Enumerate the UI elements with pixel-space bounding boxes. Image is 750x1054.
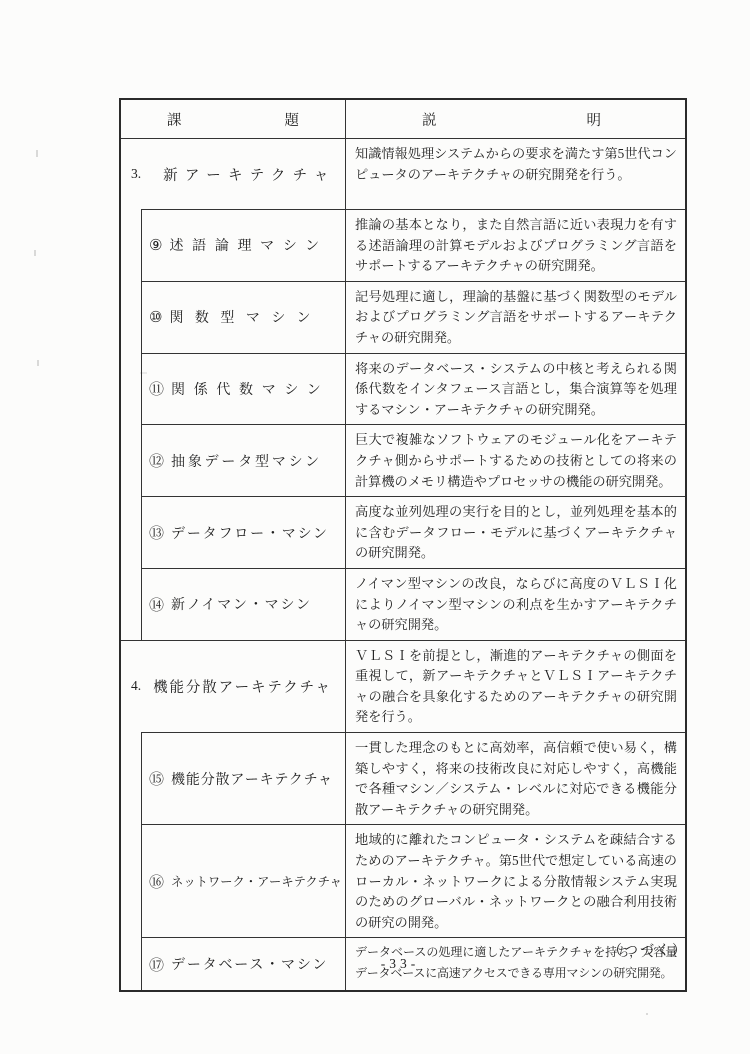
item-label: 新ノイマン・マシン <box>171 594 312 614</box>
scan-speck <box>34 250 36 256</box>
item-number: ⑯ <box>149 871 164 892</box>
item-number: ⑫ <box>149 450 164 471</box>
row-gutter <box>121 353 141 425</box>
item-label: ネットワーク・アーキテクチャ <box>171 872 342 890</box>
topics-table: 課 題 説 明 3. 新アーキテクチャ 知識情報処理システムからの要求を満たす第… <box>119 98 687 992</box>
item-description: 高度な並列処理の実行を目的とし，並列処理を基本的に含むデータフロー・モデルに基づ… <box>345 496 685 568</box>
section-label-3: 3. 新アーキテクチャ <box>121 139 345 209</box>
scan-speck <box>37 360 39 366</box>
header-subject: 課 題 <box>121 100 345 138</box>
row-gutter <box>121 209 141 281</box>
row-gutter <box>121 496 141 568</box>
row-gutter <box>121 424 141 496</box>
item-description: ノイマン型マシンの改良，ならびに高度のＶＬＳＩ化によりノイマン型マシンの利点を生… <box>345 568 685 640</box>
item-label-cell: ⑯ ネットワーク・アーキテクチャ <box>141 824 345 937</box>
header-subject-char-left: 課 <box>167 109 182 130</box>
item-description: 一貫した理念のもとに高効率，高信頼で使い易く，構築しやすく，将来の技術改良に対応… <box>345 732 685 824</box>
item-label: 抽象データ型マシン <box>171 451 322 471</box>
item-label-cell: ⑩ 関数型マシン <box>141 281 345 353</box>
row-gutter <box>121 568 141 640</box>
header-desc-char-left: 説 <box>422 109 437 130</box>
item-label: 関係代数マシン <box>171 379 329 399</box>
item-number: ⑨ <box>149 236 162 254</box>
item-number: ⑩ <box>149 308 162 326</box>
table-header-row: 課 題 説 明 <box>121 100 685 139</box>
row-gutter <box>121 732 141 824</box>
item-label-cell: ⑨ 述語論理マシン <box>141 209 345 281</box>
row-gutter <box>121 824 141 937</box>
item-label: 述語論理マシン <box>169 235 327 255</box>
item-row-9: ⑨ 述語論理マシン 推論の基本となり，また自然言語に近い表現力を有する述語論理の… <box>121 209 685 281</box>
item-label-cell: ⑭ 新ノイマン・マシン <box>141 568 345 640</box>
item-label: 関数型マシン <box>169 307 322 327</box>
item-label: データフロー・マシン <box>171 523 329 543</box>
item-label: 機能分散アーキテクチャ <box>171 769 333 789</box>
item-row-12: ⑫ 抽象データ型マシン 巨大で複雑なソフトウェアのモジュール化をアーキテクチャ側… <box>121 424 685 496</box>
item-row-15: ⑮ 機能分散アーキテクチャ 一貫した理念のもとに高効率，高信頼で使い易く，構築し… <box>121 732 685 824</box>
row-gutter <box>121 281 141 353</box>
scan-speck <box>140 372 147 374</box>
item-row-10: ⑩ 関数型マシン 記号処理に適し，理論的基盤に基づく関数型のモデルおよびプログラ… <box>121 281 685 353</box>
page-number: -33- <box>0 956 750 972</box>
item-label-cell: ⑬ データフロー・マシン <box>141 496 345 568</box>
item-number: ⑪ <box>149 378 164 399</box>
item-description: 記号処理に適し，理論的基盤に基づく関数型のモデルおよびプログラミング言語をサポー… <box>345 281 685 353</box>
item-number: ⑬ <box>149 522 164 543</box>
header-description: 説 明 <box>345 100 685 138</box>
section-number: 4. <box>131 678 141 694</box>
item-row-11: ⑪ 関係代数マシン 将来のデータベース・システムの中核と考えられる関係代数をイン… <box>121 353 685 425</box>
section-number: 3. <box>131 166 141 182</box>
section-title: 新アーキテクチャ <box>163 164 336 185</box>
item-row-13: ⑬ データフロー・マシン 高度な並列処理の実行を目的とし，並列処理を基本的に含む… <box>121 496 685 568</box>
section-row-4: 4. 機能分散アーキテクチャ ＶＬＳＩを前提とし，漸進的アーキテクチャの側面を重… <box>121 640 685 732</box>
header-subject-char-right: 題 <box>285 109 300 130</box>
scan-speck <box>646 1013 648 1015</box>
item-label-cell: ⑪ 関係代数マシン <box>141 353 345 425</box>
item-description: 推論の基本となり，また自然言語に近い表現力を有する述語論理の計算モデルおよびプロ… <box>345 209 685 281</box>
item-row-16: ⑯ ネットワーク・アーキテクチャ 地域的に離れたコンピュータ・システムを疎結合す… <box>121 824 685 937</box>
item-number: ⑭ <box>149 594 164 615</box>
item-description: 巨大で複雑なソフトウェアのモジュール化をアーキテクチャ側からサポートするための技… <box>345 424 685 496</box>
item-number: ⑮ <box>149 768 164 789</box>
item-description: 将来のデータベース・システムの中核と考えられる関係代数をインタフェース言語とし，… <box>345 353 685 425</box>
section-row-3: 3. 新アーキテクチャ 知識情報処理システムからの要求を満たす第5世代コンピュー… <box>121 139 685 209</box>
item-description: 地域的に離れたコンピュータ・システムを疎結合するためのアーキテクチャ。第5世代で… <box>345 824 685 937</box>
scan-speck <box>36 150 38 157</box>
item-row-14: ⑭ 新ノイマン・マシン ノイマン型マシンの改良，ならびに高度のＶＬＳＩ化によりノ… <box>121 568 685 640</box>
section-description: ＶＬＳＩを前提とし，漸進的アーキテクチャの側面を重視して，新アーキテクチャとＶＬ… <box>345 641 685 732</box>
header-desc-char-right: 明 <box>587 109 602 130</box>
section-description: 知識情報処理システムからの要求を満たす第5世代コンピュータのアーキテクチャの研究… <box>345 139 685 209</box>
item-label-cell: ⑮ 機能分散アーキテクチャ <box>141 732 345 824</box>
section-label-4: 4. 機能分散アーキテクチャ <box>121 641 345 732</box>
item-label-cell: ⑫ 抽象データ型マシン <box>141 424 345 496</box>
section-title: 機能分散アーキテクチャ <box>153 676 332 697</box>
